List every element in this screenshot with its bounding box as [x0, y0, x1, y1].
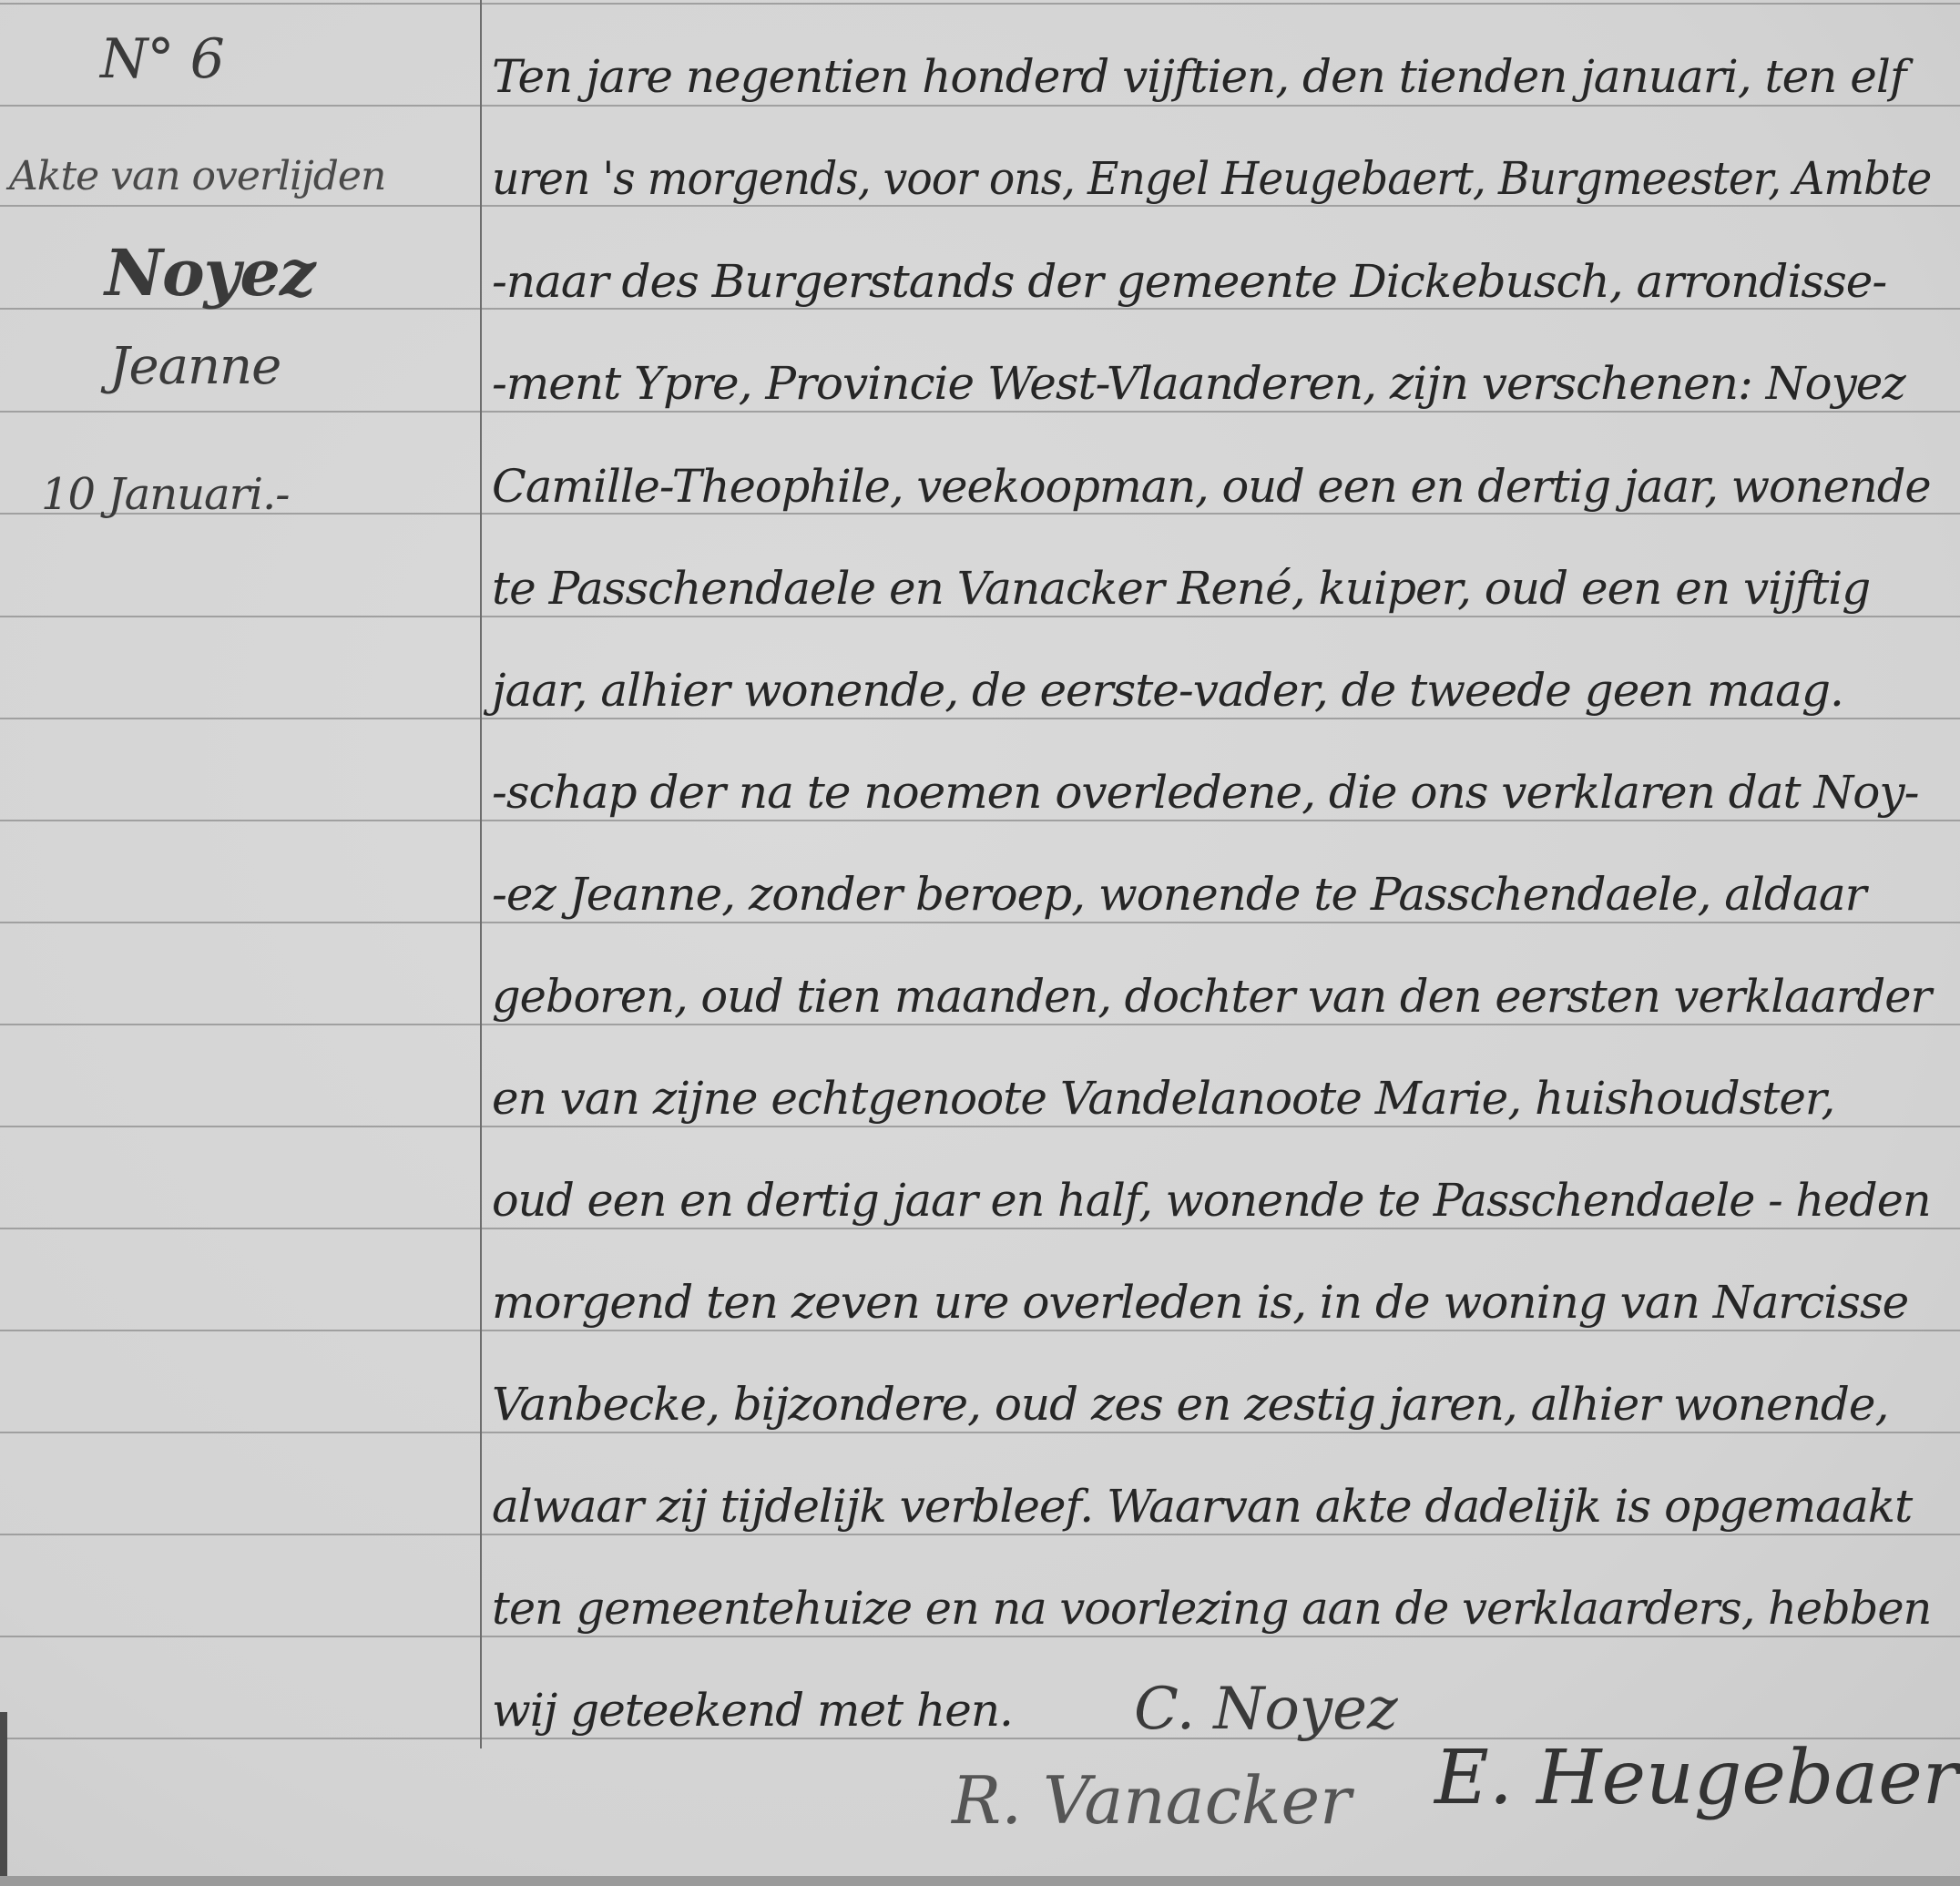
ruled-line — [0, 411, 1960, 413]
ruled-line — [0, 205, 1960, 207]
body-line: -ez Jeanne, zonder beroep, wonende te Pa… — [492, 868, 1931, 921]
body-line: uren 's morgends, voor ons, Engel Heugeb… — [492, 152, 1848, 205]
body-line: morgend ten zeven ure overleden is, in d… — [492, 1276, 1931, 1329]
record-type: Akte van overlijden — [9, 153, 385, 199]
ruled-line — [0, 1330, 1960, 1331]
deceased-surname: Noyez — [105, 235, 315, 311]
ruled-line — [0, 616, 1960, 617]
record-date: 10 Januari.- — [41, 469, 289, 520]
body-line: Vanbecke, bijzondere, oud zes en zestig … — [492, 1378, 1931, 1431]
body-line: Camille-Theophile, veekoopman, oud een e… — [492, 460, 1914, 513]
ruled-line — [0, 1534, 1960, 1535]
ruled-line — [0, 1228, 1960, 1229]
ruled-line — [0, 1126, 1960, 1127]
body-line: -naar des Burgerstands der gemeente Dick… — [492, 255, 1931, 308]
signature-vanacker: R. Vanacker — [952, 1762, 1352, 1839]
margin-divider — [480, 0, 482, 1748]
body-line: te Passchendaele en Vanacker René, kuipe… — [492, 562, 1931, 615]
ruled-line — [0, 1024, 1960, 1025]
signature-heugebaert: E. Heugebaert — [1434, 1735, 1960, 1821]
ruled-line — [0, 3, 1960, 5]
ruled-line — [0, 718, 1960, 719]
ruled-line — [0, 820, 1960, 821]
body-line: oud een en dertig jaar en half, wonende … — [492, 1174, 1907, 1227]
body-line: alwaar zij tijdelijk verbleef. Waarvan a… — [492, 1480, 1931, 1533]
ruled-line — [0, 513, 1960, 515]
body-line: geboren, oud tien maanden, dochter van d… — [492, 970, 1914, 1023]
body-line: jaar, alhier wonende, de eerste-vader, d… — [492, 664, 1931, 717]
body-line: -ment Ypre, Provincie West-Vlaanderen, z… — [492, 357, 1931, 410]
body-line: -schap der na te noemen overledene, die … — [492, 766, 1931, 819]
record-number: N° 6 — [100, 27, 224, 91]
ruled-line — [0, 922, 1960, 923]
deceased-given-name: Jeanne — [109, 337, 281, 396]
ruled-line — [0, 1636, 1960, 1637]
body-line: Ten jare negentien honderd vijftien, den… — [492, 50, 1931, 103]
body-line: en van zijne echtgenoote Vandelanoote Ma… — [492, 1072, 1931, 1125]
ruled-line — [0, 1432, 1960, 1433]
page-edge-bottom — [0, 1876, 1960, 1886]
signature-noyez: C. Noyez — [1134, 1676, 1398, 1743]
page-edge — [0, 1712, 7, 1886]
document-page: N° 6 Akte van overlijden Noyez Jeanne 10… — [0, 0, 1960, 1886]
body-line: ten gemeentehuize en na voorlezing aan d… — [492, 1582, 1912, 1635]
ruled-line — [0, 105, 1960, 107]
